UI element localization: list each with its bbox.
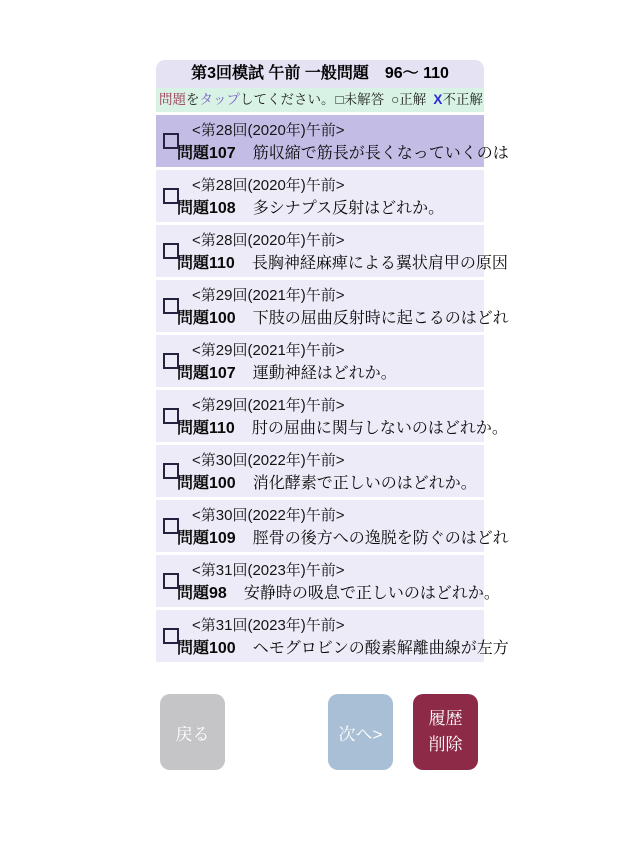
question-number: 問題108 (177, 200, 236, 217)
back-button[interactable]: 戻る (160, 694, 225, 770)
answer-status-checkbox[interactable] (163, 298, 179, 314)
answer-status-checkbox[interactable] (163, 518, 179, 534)
question-text: 長胸神経麻痺による翼状肩甲の原因 (252, 255, 508, 272)
exam-session-label: <第28回(2020年)午前> (177, 119, 480, 142)
answer-status-checkbox[interactable] (163, 463, 179, 479)
question-text: 肘の屈曲に関与しないのはどれか。 (252, 420, 508, 437)
delete-history-label-line1: 履歴 (429, 709, 463, 728)
question-list: <第28回(2020年)午前> 問題107筋収縮で筋長が長くなっていくのは <第… (156, 115, 484, 662)
question-number: 問題100 (177, 475, 236, 492)
question-list-item[interactable]: <第28回(2020年)午前> 問題108多シナプス反射はどれか。 (156, 170, 484, 222)
exam-session-label: <第30回(2022年)午前> (177, 449, 480, 472)
question-text: 消化酵素で正しいのはどれか。 (253, 475, 477, 492)
question-number: 問題100 (177, 310, 236, 327)
exam-session-label: <第31回(2023年)午前> (177, 559, 480, 582)
answer-status-checkbox[interactable] (163, 133, 179, 149)
question-list-item[interactable]: <第29回(2021年)午前> 問題107運動神経はどれか。 (156, 335, 484, 387)
question-number: 問題107 (177, 365, 236, 382)
exam-session-label: <第29回(2021年)午前> (177, 339, 480, 362)
answer-status-checkbox[interactable] (163, 188, 179, 204)
incorrect-x-mark: X (433, 92, 442, 107)
legend-correct: ○正解 (391, 92, 426, 107)
question-list-item[interactable]: <第29回(2021年)午前> 問題110肘の屈曲に関与しないのはどれか。 (156, 390, 484, 442)
exam-session-label: <第31回(2023年)午前> (177, 614, 480, 637)
legend-unanswered: □未解答 (336, 92, 385, 107)
question-text: 下肢の屈曲反射時に起こるのはどれ (253, 310, 509, 327)
delete-history-button[interactable]: 履歴削除 (413, 694, 478, 770)
instruction-word-question: 問題 (159, 92, 186, 107)
app-screen: 第3回模試 午前 一般問題 96〜 110 問題をタップしてください。□未解答○… (0, 0, 643, 858)
exam-session-label: <第29回(2021年)午前> (177, 394, 480, 417)
delete-history-label-line2: 削除 (429, 735, 463, 754)
exam-session-label: <第28回(2020年)午前> (177, 229, 480, 252)
exam-session-label: <第29回(2021年)午前> (177, 284, 480, 307)
legend-incorrect: 不正解 (442, 92, 483, 107)
question-text: ヘモグロビンの酸素解離曲線が左方 (253, 640, 509, 657)
question-list-item[interactable]: <第28回(2020年)午前> 問題107筋収縮で筋長が長くなっていくのは (156, 115, 484, 167)
question-number: 問題100 (177, 640, 236, 657)
question-list-panel: 第3回模試 午前 一般問題 96〜 110 問題をタップしてください。□未解答○… (156, 60, 484, 665)
instruction-particle: を (186, 92, 200, 107)
question-number: 問題109 (177, 530, 236, 547)
answer-status-checkbox[interactable] (163, 628, 179, 644)
bottom-button-row: 戻る 次へ> 履歴削除 (156, 694, 484, 770)
question-number: 問題110 (177, 255, 235, 272)
question-text: 運動神経はどれか。 (253, 365, 397, 382)
answer-status-checkbox[interactable] (163, 353, 179, 369)
question-list-item[interactable]: <第30回(2022年)午前> 問題100消化酵素で正しいのはどれか。 (156, 445, 484, 497)
answer-status-checkbox[interactable] (163, 243, 179, 259)
answer-status-checkbox[interactable] (163, 573, 179, 589)
answer-status-checkbox[interactable] (163, 408, 179, 424)
question-number: 問題107 (177, 145, 236, 162)
question-number: 問題110 (177, 420, 235, 437)
exam-session-label: <第28回(2020年)午前> (177, 174, 480, 197)
question-number: 問題98 (177, 585, 227, 602)
instruction-bar: 問題をタップしてください。□未解答○正解X不正解 (156, 88, 484, 112)
exam-session-label: <第30回(2022年)午前> (177, 504, 480, 527)
question-list-item[interactable]: <第31回(2023年)午前> 問題100ヘモグロビンの酸素解離曲線が左方 (156, 610, 484, 662)
question-text: 筋収縮で筋長が長くなっていくのは (253, 145, 509, 162)
question-text: 安静時の吸息で正しいのはどれか。 (244, 585, 500, 602)
instruction-suffix: してください。 (240, 92, 335, 107)
next-button[interactable]: 次へ> (328, 694, 393, 770)
page-title: 第3回模試 午前 一般問題 96〜 110 (156, 60, 484, 88)
question-text: 多シナプス反射はどれか。 (253, 200, 444, 217)
instruction-word-tap: タップ (200, 92, 241, 107)
question-text: 脛骨の後方への逸脱を防ぐのはどれ (253, 530, 509, 547)
question-list-item[interactable]: <第28回(2020年)午前> 問題110長胸神経麻痺による翼状肩甲の原因 (156, 225, 484, 277)
question-list-item[interactable]: <第29回(2021年)午前> 問題100下肢の屈曲反射時に起こるのはどれ (156, 280, 484, 332)
question-list-item[interactable]: <第31回(2023年)午前> 問題98安静時の吸息で正しいのはどれか。 (156, 555, 484, 607)
question-list-item[interactable]: <第30回(2022年)午前> 問題109脛骨の後方への逸脱を防ぐのはどれ (156, 500, 484, 552)
